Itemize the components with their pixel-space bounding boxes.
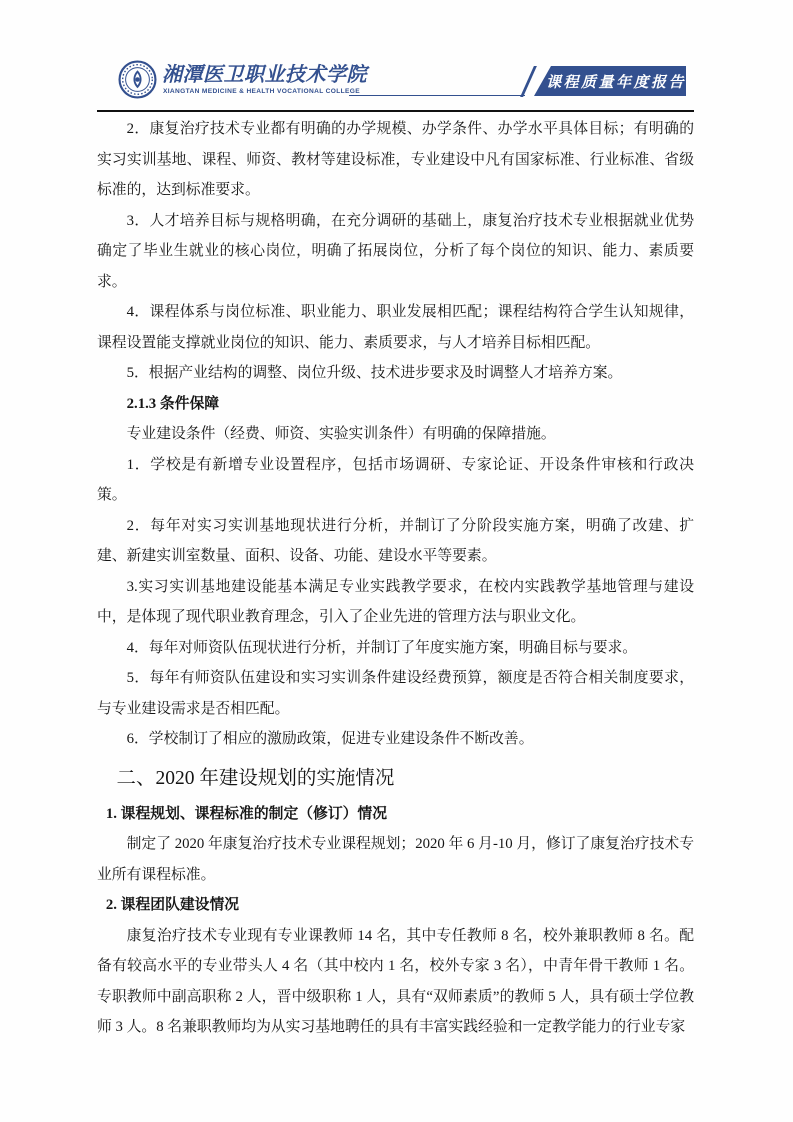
paragraph: 4．课程体系与岗位标准、职业能力、职业发展相匹配；课程结构符合学生认知规律，课程… xyxy=(97,297,694,358)
paragraph: 5．根据产业结构的调整、岗位升级、技术进步要求及时调整人才培养方案。 xyxy=(97,358,694,389)
paragraph: 康复治疗技术专业现有专业课教师 14 名，其中专任教师 8 名，校外兼职教师 8… xyxy=(97,921,694,1043)
paragraph: 专业建设条件（经费、师资、实验实训条件）有明确的保障措施。 xyxy=(97,419,694,450)
sub-heading: 2. 课程团队建设情况 xyxy=(97,890,694,921)
paragraph: 2．每年对实习实训基地现状进行分析，并制订了分阶段实施方案，明确了改建、扩建、新… xyxy=(97,511,694,572)
report-page: 湘潭医卫职业技术学院 XIANGTAN MEDICINE & HEALTH VO… xyxy=(0,0,793,1122)
paragraph: 3．人才培养目标与规格明确，在充分调研的基础上，康复治疗技术专业根据就业优势确定… xyxy=(97,206,694,298)
document-body: 2．康复治疗技术专业都有明确的办学规模、办学条件、办学水平具体目标；有明确的实习… xyxy=(97,114,694,1043)
paragraph: 4．每年对师资队伍现状进行分析，并制订了年度实施方案，明确目标与要求。 xyxy=(97,633,694,664)
paragraph: 3.实习实训基地建设能基本满足专业实践教学要求，在校内实践教学基地管理与建设中，… xyxy=(97,572,694,633)
header-connector-line xyxy=(349,95,525,96)
report-title-badge: 课程质量年度报告 xyxy=(534,66,686,96)
paragraph: 5．每年有师资队伍建设和实习实训条件建设经费预算，额度是否符合相关制度要求，与专… xyxy=(97,663,694,724)
heading-bold: 2.1.3 条件保障 xyxy=(97,389,694,420)
paragraph: 2．康复治疗技术专业都有明确的办学规模、办学条件、办学水平具体目标；有明确的实习… xyxy=(97,114,694,206)
college-logo-icon xyxy=(118,60,157,99)
badge-slash-decoration xyxy=(520,66,537,97)
paragraph: 1．学校是有新增专业设置程序，包括市场调研、专家论证、开设条件审核和行政决策。 xyxy=(97,450,694,511)
paragraph: 制定了 2020 年康复治疗技术专业课程规划；2020 年 6 月-10 月，修… xyxy=(97,829,694,890)
section-heading: 二、2020 年建设规划的实施情况 xyxy=(97,762,694,796)
paragraph: 6．学校制订了相应的激励政策，促进专业建设条件不断改善。 xyxy=(97,724,694,755)
sub-heading: 1. 课程规划、课程标准的制定（修订）情况 xyxy=(97,799,694,830)
college-name-en: XIANGTAN MEDICINE & HEALTH VOCATIONAL CO… xyxy=(163,88,360,95)
header-divider xyxy=(97,110,694,112)
college-name-zh: 湘潭医卫职业技术学院 xyxy=(162,58,367,87)
